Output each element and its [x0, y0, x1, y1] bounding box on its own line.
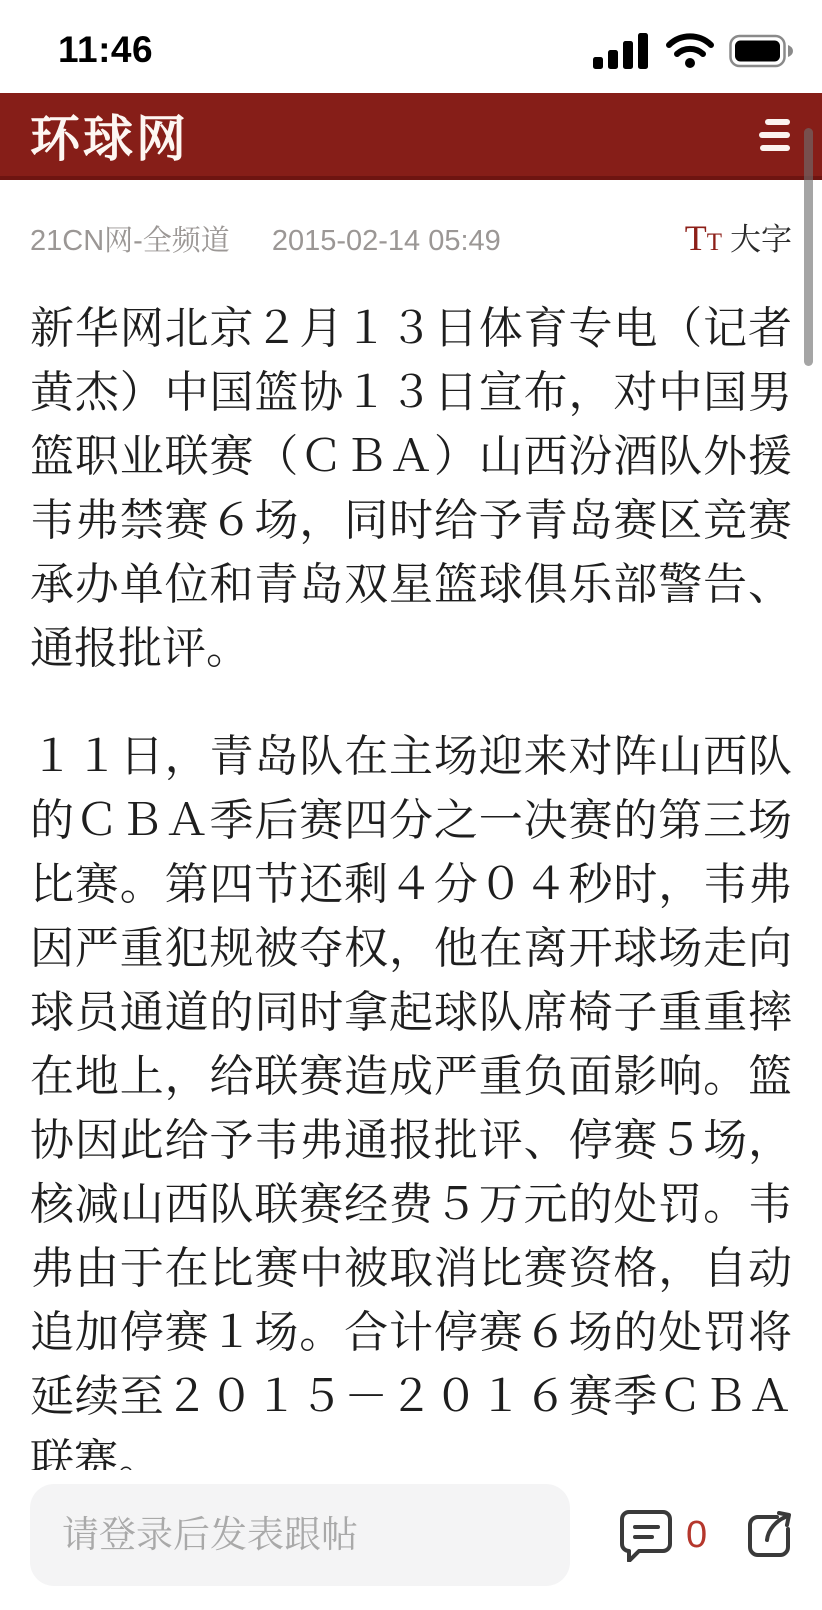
article-source: 21CN网-全频道 — [30, 218, 230, 259]
share-button[interactable] — [743, 1508, 797, 1562]
app-header: 环球网 — [0, 93, 822, 180]
status-icons — [593, 24, 795, 70]
status-time: 11:46 — [58, 23, 153, 71]
font-size-control[interactable]: TT 大字 — [685, 214, 792, 259]
battery-icon — [729, 33, 795, 69]
wifi-icon — [665, 32, 715, 70]
article-datetime: 2015-02-14 05:49 — [272, 225, 501, 258]
comment-count: 0 — [686, 1514, 707, 1557]
status-bar: 11:46 — [0, 0, 822, 93]
article-meta: 21CN网-全频道 2015-02-14 05:49 TT 大字 — [0, 180, 822, 259]
comment-input[interactable] — [30, 1484, 570, 1586]
article-paragraph-1: 新华网北京２月１３日体育专电（记者黄杰）中国篮协１３日宣布，对中国男篮职业联赛（… — [30, 297, 792, 681]
screen: 11:46 环球网 — [0, 0, 822, 1610]
comment-icon — [618, 1508, 674, 1562]
article-body: 新华网北京２月１３日体育专电（记者黄杰）中国篮协１３日宣布，对中国男篮职业联赛（… — [0, 297, 822, 1493]
comments-button[interactable]: 0 — [618, 1508, 707, 1562]
comment-bar: 0 — [0, 1470, 822, 1610]
font-size-icon: TT — [685, 217, 722, 259]
share-icon — [743, 1508, 797, 1562]
scrollbar-thumb[interactable] — [804, 128, 813, 366]
site-logo[interactable]: 环球网 — [30, 99, 189, 171]
font-size-label: 大字 — [730, 214, 792, 259]
menu-icon[interactable] — [757, 113, 792, 157]
signal-icon — [593, 32, 651, 70]
article-paragraph-2: １１日，青岛队在主场迎来对阵山西队的ＣＢＡ季后赛四分之一决赛的第三场比赛。第四节… — [30, 725, 792, 1493]
